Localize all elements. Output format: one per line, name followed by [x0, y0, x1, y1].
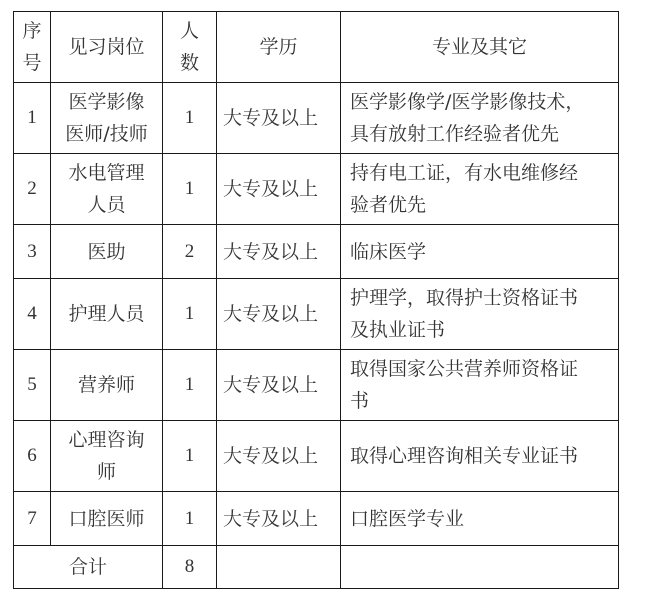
- header-index-line: 序: [14, 15, 50, 47]
- cell-education: 大专及以上: [217, 421, 341, 492]
- header-education: 学历: [217, 12, 341, 83]
- cell-index: 4: [14, 279, 51, 350]
- cell-requirements-line: 护理学，取得护士资格证书: [350, 282, 614, 314]
- internship-positions-table: 序 号 见习岗位 人 数 学历 专业及其它 1 医学影像 医师/技师 1 大专及…: [13, 11, 619, 589]
- cell-education: 大专及以上: [217, 350, 341, 421]
- cell-index: 2: [14, 154, 51, 225]
- cell-education: 大专及以上: [217, 154, 341, 225]
- cell-position: 口腔医师: [51, 492, 163, 546]
- table-row: 2 水电管理 人员 1 大专及以上 持有电工证，有水电维修经 验者优先: [14, 154, 619, 225]
- cell-position-line: 心理咨询: [51, 424, 162, 456]
- table-total-row: 合计 8: [14, 546, 619, 589]
- cell-count: 1: [163, 83, 217, 154]
- table-header-row: 序 号 见习岗位 人 数 学历 专业及其它: [14, 12, 619, 83]
- cell-position-line: 医学影像: [51, 86, 162, 118]
- cell-count: 1: [163, 154, 217, 225]
- table-row: 5 营养师 1 大专及以上 取得国家公共营养师资格证 书: [14, 350, 619, 421]
- cell-position-line: 水电管理: [51, 157, 162, 189]
- table-row: 4 护理人员 1 大专及以上 护理学，取得护士资格证书 及执业证书: [14, 279, 619, 350]
- cell-index: 5: [14, 350, 51, 421]
- cell-requirements-line: 及执业证书: [350, 314, 614, 346]
- cell-requirements: 医学影像学/医学影像技术， 具有放射工作经验者优先: [341, 83, 619, 154]
- total-label: 合计: [14, 546, 163, 589]
- cell-count: 1: [163, 350, 217, 421]
- cell-position: 护理人员: [51, 279, 163, 350]
- cell-position: 医学影像 医师/技师: [51, 83, 163, 154]
- cell-requirements-line: 具有放射工作经验者优先: [350, 118, 614, 150]
- cell-requirements-line: 医学影像学/医学影像技术，: [350, 86, 614, 118]
- cell-education: 大专及以上: [217, 83, 341, 154]
- cell-count: 1: [163, 492, 217, 546]
- cell-position: 营养师: [51, 350, 163, 421]
- cell-position-line: 人员: [51, 189, 162, 221]
- cell-count: 2: [163, 225, 217, 279]
- cell-requirements-line: 验者优先: [350, 189, 614, 221]
- cell-position: 心理咨询 师: [51, 421, 163, 492]
- table-row: 7 口腔医师 1 大专及以上 口腔医学专业: [14, 492, 619, 546]
- cell-requirements-line: 持有电工证，有水电维修经: [350, 157, 614, 189]
- cell-position-line: 医师/技师: [51, 118, 162, 150]
- cell-requirements: 持有电工证，有水电维修经 验者优先: [341, 154, 619, 225]
- total-requirements: [341, 546, 619, 589]
- header-requirements: 专业及其它: [341, 12, 619, 83]
- cell-education: 大专及以上: [217, 225, 341, 279]
- cell-position: 医助: [51, 225, 163, 279]
- cell-requirements: 临床医学: [341, 225, 619, 279]
- cell-requirements: 取得国家公共营养师资格证 书: [341, 350, 619, 421]
- table-row: 1 医学影像 医师/技师 1 大专及以上 医学影像学/医学影像技术， 具有放射工…: [14, 83, 619, 154]
- cell-requirements: 口腔医学专业: [341, 492, 619, 546]
- cell-index: 1: [14, 83, 51, 154]
- header-count-line: 数: [163, 47, 216, 79]
- total-education: [217, 546, 341, 589]
- cell-requirements-line: 书: [350, 385, 614, 417]
- total-count: 8: [163, 546, 217, 589]
- cell-position: 水电管理 人员: [51, 154, 163, 225]
- table-row: 3 医助 2 大专及以上 临床医学: [14, 225, 619, 279]
- cell-requirements: 取得心理咨询相关专业证书: [341, 421, 619, 492]
- header-index-line: 号: [14, 47, 50, 79]
- cell-requirements: 护理学，取得护士资格证书 及执业证书: [341, 279, 619, 350]
- cell-count: 1: [163, 279, 217, 350]
- header-count: 人 数: [163, 12, 217, 83]
- table-row: 6 心理咨询 师 1 大专及以上 取得心理咨询相关专业证书: [14, 421, 619, 492]
- header-index: 序 号: [14, 12, 51, 83]
- header-count-line: 人: [163, 15, 216, 47]
- cell-index: 3: [14, 225, 51, 279]
- cell-count: 1: [163, 421, 217, 492]
- cell-position-line: 师: [51, 456, 162, 488]
- header-position: 见习岗位: [51, 12, 163, 83]
- cell-index: 6: [14, 421, 51, 492]
- cell-education: 大专及以上: [217, 279, 341, 350]
- cell-education: 大专及以上: [217, 492, 341, 546]
- cell-requirements-line: 取得国家公共营养师资格证: [350, 353, 614, 385]
- cell-index: 7: [14, 492, 51, 546]
